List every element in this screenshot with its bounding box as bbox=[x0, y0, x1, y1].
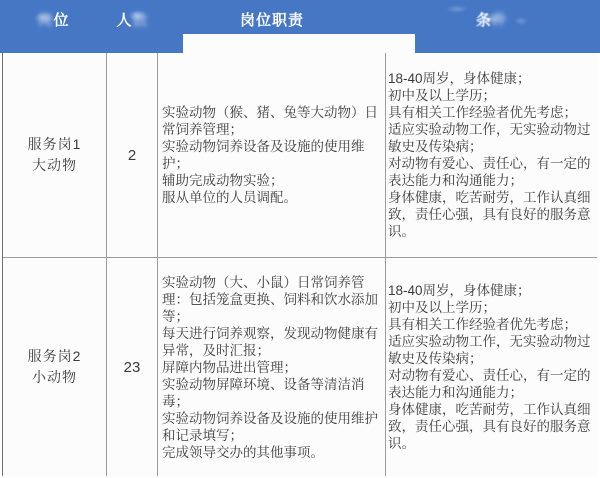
cell-requirements-2: 18-40周岁，身体健康； 初中及以上学历； 具有相关工作经验者优先考虑； 适应… bbox=[386, 258, 597, 476]
cell-duties-2: 实验动物（大、小鼠）日常饲养管理：包括笼盒更换、饲料和饮水添加等； 每天进行饲养… bbox=[158, 258, 386, 476]
cell-position-2: 服务岗2 小动物 bbox=[3, 258, 107, 476]
table-body: 服务岗1 大动物 2 实验动物（猴、猪、兔等大动物）日常饲养管理； 实验动物饲养… bbox=[2, 53, 597, 476]
header-position-char-faded: 岗 bbox=[37, 12, 53, 29]
recruitment-table-page: 岗位 人数 岗位职责 条件 服务岗1 大动物 2 实验动物（猴、猪、兔等大动物）… bbox=[0, 0, 600, 478]
header-requirements-char: 条 bbox=[476, 12, 492, 29]
table-row-service-post-2: 服务岗2 小动物 23 实验动物（大、小鼠）日常饲养管理：包括笼盒更换、饲料和饮… bbox=[3, 258, 596, 476]
header-highlight-notch bbox=[183, 34, 415, 53]
table-row-service-post-1: 服务岗1 大动物 2 实验动物（猴、猪、兔等大动物）日常饲养管理； 实验动物饲养… bbox=[3, 53, 596, 258]
cell-headcount-1: 2 bbox=[107, 53, 158, 258]
header-position-char: 位 bbox=[54, 12, 70, 29]
header-headcount-char: 人 bbox=[116, 12, 132, 29]
cell-requirements-1: 18-40周岁，身体健康； 初中及以上学历； 具有相关工作经验者优先考虑； 适应… bbox=[386, 53, 597, 258]
cell-position-1: 服务岗1 大动物 bbox=[3, 53, 107, 258]
header-cell-duties: 岗位职责 bbox=[158, 11, 386, 31]
header-cell-headcount: 人数 bbox=[107, 11, 158, 31]
header-duties-label: 岗位职责 bbox=[240, 12, 304, 29]
header-headcount-char-faded: 数 bbox=[133, 12, 149, 29]
table-header-row: 岗位 人数 岗位职责 条件 bbox=[0, 0, 600, 53]
header-requirements-char-faded: 件 bbox=[492, 12, 508, 29]
cell-headcount-2: 23 bbox=[107, 258, 158, 476]
header-cell-requirements: 条件 bbox=[386, 11, 598, 31]
cell-duties-1: 实验动物（猴、猪、兔等大动物）日常饲养管理； 实验动物饲养设备及设施的使用维护；… bbox=[158, 53, 386, 258]
header-cell-position: 岗位 bbox=[0, 11, 107, 31]
